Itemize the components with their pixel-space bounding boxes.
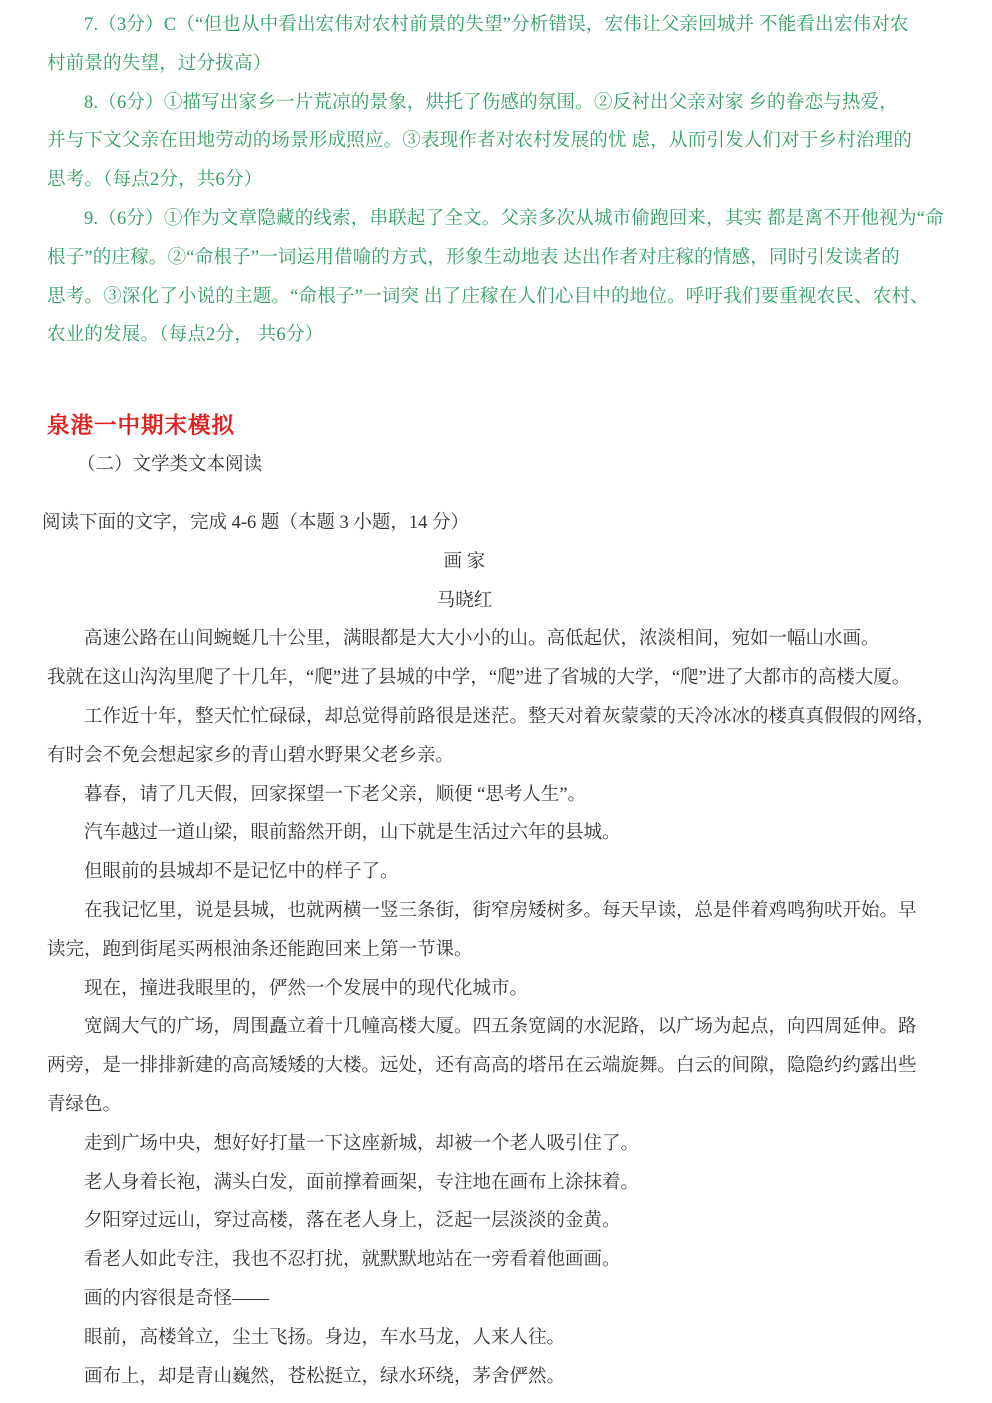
essay-line: 暮春，请了几天假，回家探望一下老父亲，顺便 “思考人生”。 [47, 776, 966, 815]
essay-line: 画的内容很是奇怪—— [47, 1280, 966, 1319]
essay-line: 画布上，却是青山巍然，苍松挺立，绿水环绕，茅舍俨然。 [47, 1358, 966, 1397]
essay-author: 马晓红 [5, 582, 924, 621]
answer-line: 9.（6分）①作为文章隐藏的线索，串联起了全文。父亲多次从城市偷跑回来，其实 都… [47, 200, 966, 239]
essay-line: 有时会不免会想起家乡的青山碧水野果父老乡亲。 [47, 737, 966, 776]
answer-line: 并与下文父亲在田地劳动的场景形成照应。③表现作者对农村发展的忧 虑，从而引发人们… [47, 122, 966, 161]
answer-line: 根子”的庄稼。②“命根子”一词运用借喻的方式，形象生动地表 达出作者对庄稼的情感… [47, 239, 966, 278]
essay-line: 高速公路在山间蜿蜒几十公里，满眼都是大大小小的山。高低起伏，浓淡相间，宛如一幅山… [47, 620, 966, 659]
reading-instruction: 阅读下面的文字，完成 4-6 题（本题 3 小题，14 分） [42, 504, 966, 543]
essay-line: 但眼前的县城却不是记忆中的样子了。 [47, 853, 966, 892]
answer-line: 思考。（每点2分，共6分） [47, 161, 966, 200]
essay-line: 在我记忆里，说是县城，也就两横一竖三条街，街窄房矮树多。每天早读，总是伴着鸡鸣狗… [47, 892, 966, 931]
exam-title: 泉港一中期末模拟 [47, 406, 966, 446]
answer-line: 8.（6分）①描写出家乡一片荒凉的景象，烘托了伤感的氛围。②反衬出父亲对家 乡的… [47, 84, 966, 123]
essay-line: 现在，撞进我眼里的，俨然一个发展中的现代化城市。 [47, 970, 966, 1009]
answer-line: 7.（3分）C（“但也从中看出宏伟对农村前景的失望”分析错误，宏伟让父亲回城并 … [47, 6, 966, 45]
essay-line: 工作近十年，整天忙忙碌碌，却总觉得前路很是迷茫。整天对着灰蒙蒙的天冷冰冰的楼真真… [47, 698, 966, 737]
essay-line: 眼前，高楼耸立，尘土飞扬。身边，车水马龙，人来人往。 [47, 1319, 966, 1358]
essay-line: 走到广场中央，想好好打量一下这座新城，却被一个老人吸引住了。 [47, 1125, 966, 1164]
answer-line: 农业的发展。（每点2分， 共6分） [47, 316, 966, 355]
essay-title: 画 家 [5, 543, 924, 582]
answer-line: 思考。③深化了小说的主题。“命根子”一词突 出了庄稼在人们心目中的地位。呼吁我们… [47, 278, 966, 317]
essay-line: 宽阔大气的广场，周围矗立着十几幢高楼大厦。四五条宽阔的水泥路，以广场为起点，向四… [47, 1008, 966, 1047]
essay-line: 读完，跑到街尾买两根油条还能跑回来上第一节课。 [47, 931, 966, 970]
essay-line: 青绿色。 [47, 1086, 966, 1125]
essay-line: 我就在这山沟沟里爬了十几年，“爬”进了县城的中学，“爬”进了省城的大学，“爬”进… [47, 659, 966, 698]
answer-line: 村前景的失望，过分拔高） [47, 45, 966, 84]
essay-line: 两旁，是一排排新建的高高矮矮的大楼。远处，还有高高的塔吊在云端旋舞。白云的间隙，… [47, 1047, 966, 1086]
document-page: 7.（3分）C（“但也从中看出宏伟对农村前景的失望”分析错误，宏伟让父亲回城并 … [0, 0, 992, 1403]
essay-line: 老人身着长袍，满头白发，面前撑着画架，专注地在画布上涂抹着。 [47, 1164, 966, 1203]
essay-line: 看老人如此专注，我也不忍打扰，就默默地站在一旁看着他画画。 [47, 1241, 966, 1280]
essay-line: 夕阳穿过远山，穿过高楼，落在老人身上，泛起一层淡淡的金黄。 [47, 1202, 966, 1241]
essay-body: 高速公路在山间蜿蜒几十公里，满眼都是大大小小的山。高低起伏，浓淡相间，宛如一幅山… [47, 620, 966, 1396]
section-heading: （二）文学类文本阅读 [47, 446, 966, 485]
essay-line: 汽车越过一道山梁，眼前豁然开朗，山下就是生活过六年的县城。 [47, 814, 966, 853]
answer-key-block: 7.（3分）C（“但也从中看出宏伟对农村前景的失望”分析错误，宏伟让父亲回城并 … [47, 6, 966, 355]
